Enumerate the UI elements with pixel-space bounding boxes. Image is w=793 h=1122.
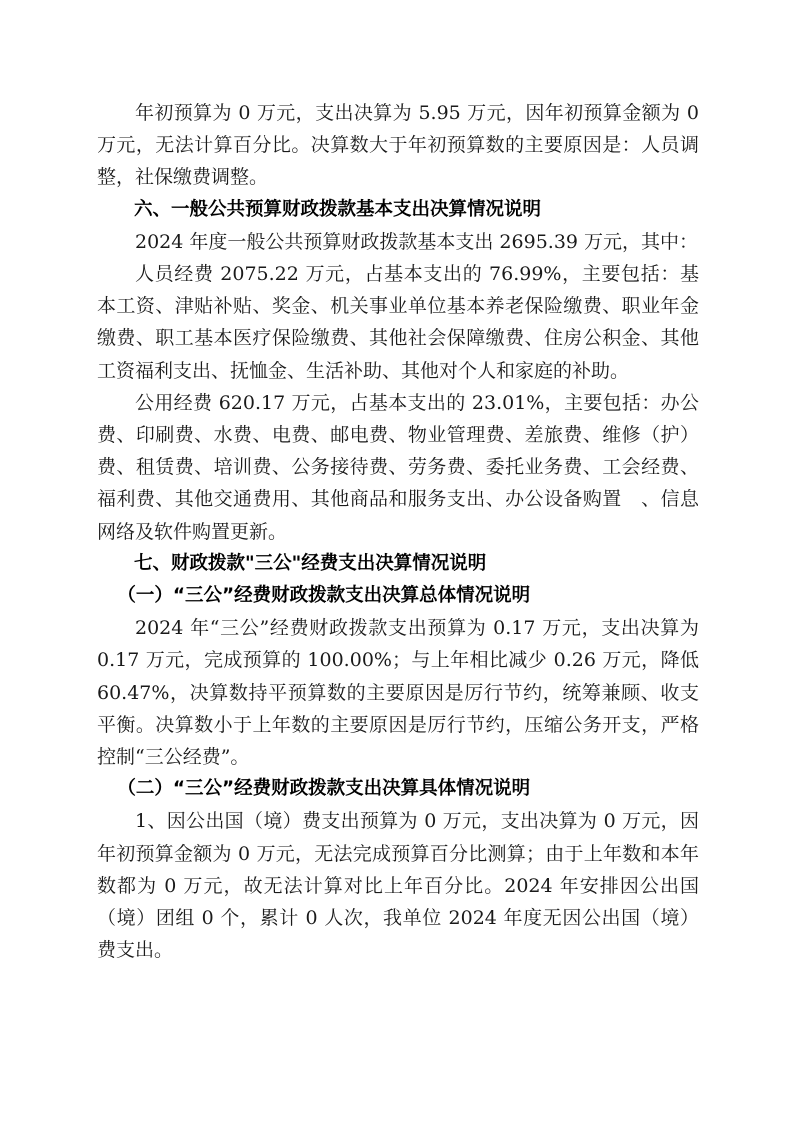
paragraph-personnel-expenses: 人员经费 2075.22 万元，占基本支出的 76.99%，主要包括：基本工资、…: [97, 258, 699, 387]
paragraph-overseas-travel: 1、因公出国（境）费支出预算为 0 万元，支出决算为 0 万元，因年初预算金额为…: [97, 805, 699, 966]
paragraph-budget-note: 年初预算为 0 万元，支出决算为 5.95 万元，因年初预算金额为 0 万元，无…: [97, 97, 699, 194]
paragraph-public-expenses: 公用经费 620.17 万元，占基本支出的 23.01%，主要包括：办公费、印刷…: [97, 387, 699, 548]
section-heading-7: 七、财政拨款"三公"经费支出决算情况说明: [97, 548, 699, 580]
subsection-heading-1: （一）“三公”经费财政拨款支出决算总体情况说明: [97, 580, 699, 612]
section-heading-6: 六、一般公共预算财政拨款基本支出决算情况说明: [97, 194, 699, 226]
paragraph-three-public-overall: 2024 年“三公”经费财政拨款支出预算为 0.17 万元，支出决算为 0.17…: [97, 612, 699, 773]
paragraph-basic-expenditure-total: 2024 年度一般公共预算财政拨款基本支出 2695.39 万元，其中：: [97, 226, 699, 258]
document-page: 年初预算为 0 万元，支出决算为 5.95 万元，因年初预算金额为 0 万元，无…: [97, 97, 699, 966]
subsection-heading-2: （二）“三公”经费财政拨款支出决算具体情况说明: [97, 773, 699, 805]
